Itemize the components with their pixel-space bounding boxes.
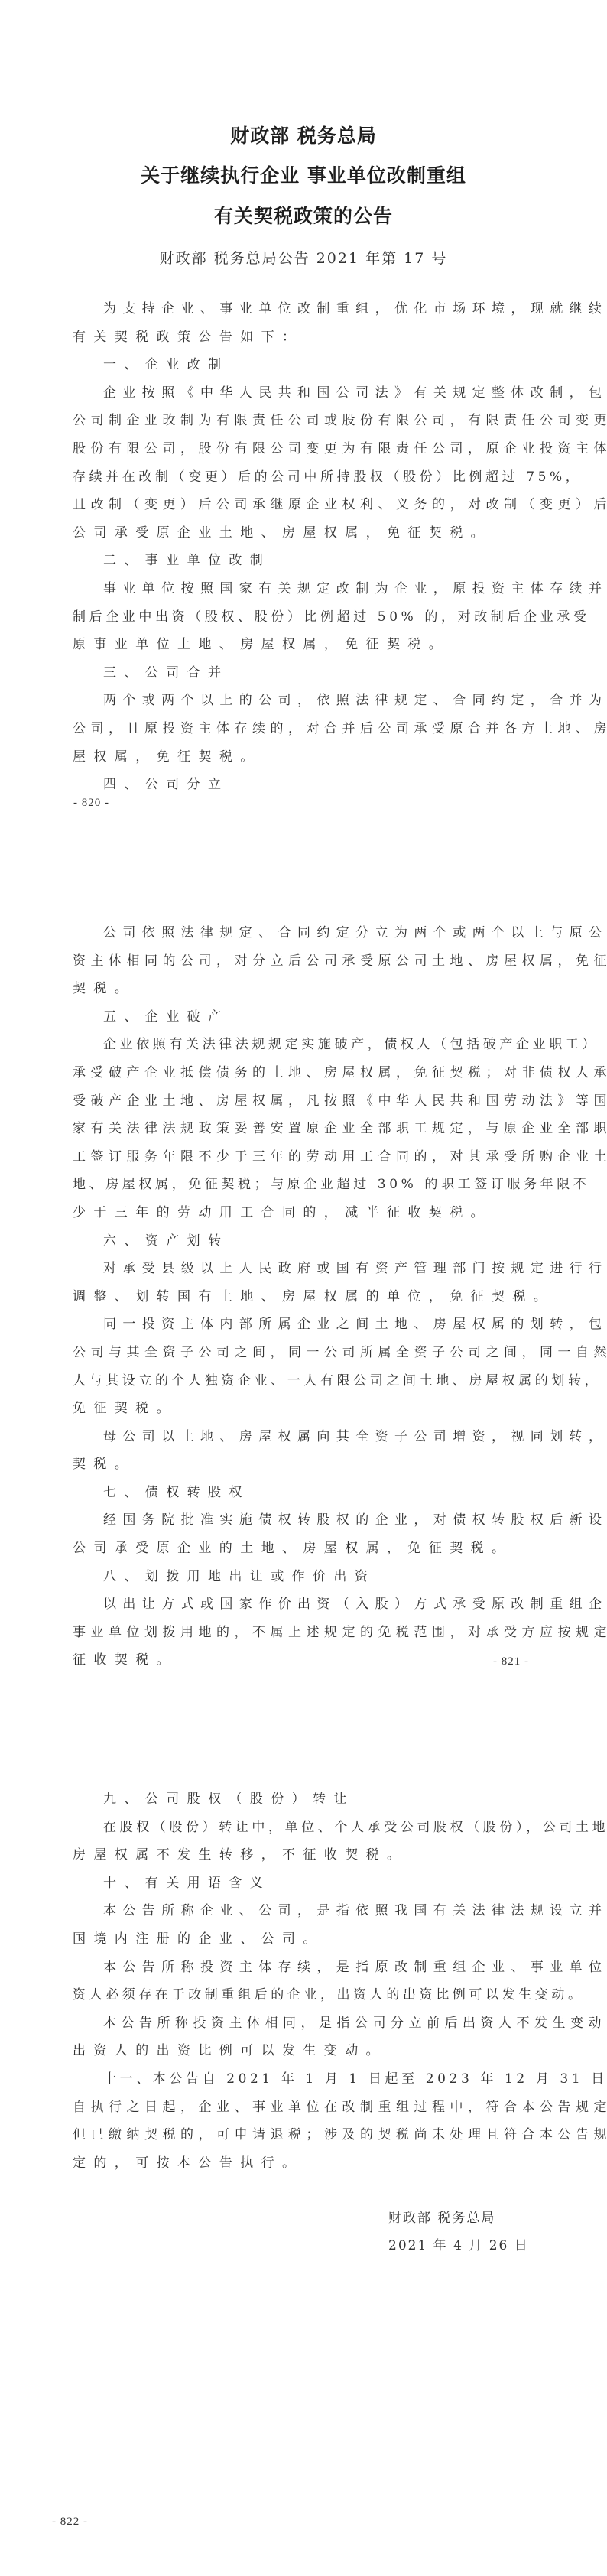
title-line-3: 有关契税政策的公告 <box>0 205 607 228</box>
body-line: 四、公司分立 <box>73 771 533 799</box>
body-line: 为支持企业、事业单位改制重组，优化市场环境，现就继续执行 <box>73 295 533 323</box>
signature-date: 2021 年 4 月 26 日 <box>388 2232 529 2259</box>
body-line: 人与其设立的个人独资企业、一人有限公司之间土地、房屋权属的划转， <box>73 1367 533 1395</box>
body-line: 公司承受原企业的土地、房屋权属，免征契税。 <box>73 1535 533 1563</box>
body-line: 九、公司股权（股份）转让 <box>73 1785 533 1814</box>
body-line: 以出让方式或国家作价出资（入股）方式承受原改制重组企业、 <box>73 1590 533 1619</box>
body-line: 母公司以土地、房屋权属向其全资子公司增资，视同划转，免征 <box>73 1423 533 1451</box>
page-number-821: - 821 - <box>493 1655 529 1668</box>
body-line: 同一投资主体内部所属企业之间土地、房屋权属的划转，包括母 <box>73 1311 533 1339</box>
doc-number: 财政部 税务总局公告 2021 年第 17 号 <box>0 249 607 268</box>
body-line: 有关契税政策公告如下： <box>73 323 533 352</box>
body-line: 公司制企业改制为有限责任公司或股份有限公司，有限责任公司变更为 <box>73 407 533 435</box>
title-line-1: 财政部 税务总局 <box>0 125 607 148</box>
body-line: 地、房屋权属，免征契税；与原企业超过 30% 的职工签订服务年限不 <box>73 1171 533 1199</box>
body-line: 制后企业中出资（股权、股份）比例超过 50% 的，对改制后企业承受 <box>73 603 533 632</box>
body-line: 资主体相同的公司，对分立后公司承受原公司土地、房屋权属，免征 <box>73 947 533 976</box>
body-line: 出资人的出资比例可以发生变动。 <box>73 2037 533 2065</box>
body-line: 房屋权属不发生转移，不征收契税。 <box>73 1841 533 1869</box>
body-line: 且改制（变更）后公司承继原企业权利、义务的，对改制（变更）后 <box>73 491 533 519</box>
body-line: 少于三年的劳动用工合同的，减半征收契税。 <box>73 1199 533 1227</box>
body-line: 存续并在改制（变更）后的公司中所持股权（股份）比例超过 75%， <box>73 463 533 492</box>
document: 财政部 税务总局 关于继续执行企业 事业单位改制重组 有关契税政策的公告 财政部… <box>0 0 607 2576</box>
body-line: 十一、本公告自 2021 年 1 月 1 日起至 2023 年 12 月 31 … <box>73 2065 533 2094</box>
body-line: 定的，可按本公告执行。 <box>73 2149 533 2178</box>
body-line: 股份有限公司，股份有限公司变更为有限责任公司，原企业投资主体 <box>73 435 533 463</box>
body-line: 六、资产划转 <box>73 1227 533 1256</box>
body-line: 但已缴纳契税的，可申请退税；涉及的契税尚未处理且符合本公告规 <box>73 2121 533 2149</box>
body-line: 公司依照法律规定、合同约定分立为两个或两个以上与原公司投 <box>73 919 533 947</box>
body-line: 一、企业改制 <box>73 351 533 379</box>
body-line: 自执行之日起，企业、事业单位在改制重组过程中，符合本公告规定 <box>73 2094 533 2122</box>
title-line-2: 关于继续执行企业 事业单位改制重组 <box>0 164 607 187</box>
body-line: 事业单位划拨用地的，不属上述规定的免税范围，对承受方应按规定 <box>73 1619 533 1647</box>
body-line: 本公告所称企业、公司，是指依照我国有关法律法规设立并在中 <box>73 1897 533 1925</box>
body-line: 公司承受原企业土地、房屋权属，免征契税。 <box>73 519 533 547</box>
body-line: 契税。 <box>73 1450 533 1479</box>
body-line: 工签订服务年限不少于三年的劳动用工合同的，对其承受所购企业土 <box>73 1143 533 1171</box>
body-line: 七、债权转股权 <box>73 1479 533 1507</box>
page-number-822: - 822 - <box>52 2516 88 2529</box>
body-line: 本公告所称投资主体存续，是指原改制重组企业、事业单位的出 <box>73 1954 533 1982</box>
body-line: 国境内注册的企业、公司。 <box>73 1925 533 1954</box>
body-line: 八、划拨用地出让或作价出资 <box>73 1563 533 1591</box>
body-line: 原事业单位土地、房屋权属，免征契税。 <box>73 631 533 659</box>
signature-issuer: 财政部 税务总局 <box>388 2204 495 2232</box>
body-line: 家有关法律法规政策妥善安置原企业全部职工规定，与原企业全部职 <box>73 1115 533 1143</box>
body-line: 屋权属，免征契税。 <box>73 743 533 772</box>
body-line: 承受破产企业抵偿债务的土地、房屋权属，免征契税；对非债权人承 <box>73 1059 533 1087</box>
page-820-body: 为支持企业、事业单位改制重组，优化市场环境，现就继续执行有关契税政策公告如下：一… <box>73 295 533 799</box>
body-line: 企业依照有关法律法规规定实施破产，债权人（包括破产企业职工） <box>73 1031 533 1059</box>
body-line: 事业单位按照国家有关规定改制为企业，原投资主体存续并在改 <box>73 575 533 603</box>
body-line: 企业按照《中华人民共和国公司法》有关规定整体改制，包括非 <box>73 379 533 408</box>
body-line: 征收契税。 <box>73 1646 533 1675</box>
body-line: 两个或两个以上的公司，依照法律规定、合同约定，合并为一个 <box>73 687 533 715</box>
body-line: 五、企业破产 <box>73 1003 533 1031</box>
body-line: 对承受县级以上人民政府或国有资产管理部门按规定进行行政性 <box>73 1255 533 1283</box>
body-line: 十、有关用语含义 <box>73 1869 533 1898</box>
body-line: 受破产企业土地、房屋权属，凡按照《中华人民共和国劳动法》等国 <box>73 1087 533 1116</box>
page-821-body: 公司依照法律规定、合同约定分立为两个或两个以上与原公司投资主体相同的公司，对分立… <box>73 919 533 1675</box>
page-number-820: - 820 - <box>73 797 109 810</box>
page-822-body: 九、公司股权（股份）转让在股权（股份）转让中，单位、个人承受公司股权（股份），公… <box>73 1785 533 2177</box>
body-line: 经国务院批准实施债权转股权的企业，对债权转股权后新设立的 <box>73 1506 533 1535</box>
body-line: 资人必须存在于改制重组后的企业，出资人的出资比例可以发生变动。 <box>73 1981 533 2009</box>
body-line: 在股权（股份）转让中，单位、个人承受公司股权（股份），公司土地、 <box>73 1814 533 1842</box>
body-line: 二、事业单位改制 <box>73 547 533 575</box>
body-line: 契税。 <box>73 975 533 1003</box>
body-line: 本公告所称投资主体相同，是指公司分立前后出资人不发生变动， <box>73 2009 533 2038</box>
body-line: 公司，且原投资主体存续的，对合并后公司承受原合并各方土地、房 <box>73 715 533 743</box>
body-line: 免征契税。 <box>73 1395 533 1423</box>
body-line: 公司与其全资子公司之间，同一公司所属全资子公司之间，同一自然 <box>73 1339 533 1367</box>
body-line: 调整、划转国有土地、房屋权属的单位，免征契税。 <box>73 1283 533 1311</box>
body-line: 三、公司合并 <box>73 659 533 687</box>
